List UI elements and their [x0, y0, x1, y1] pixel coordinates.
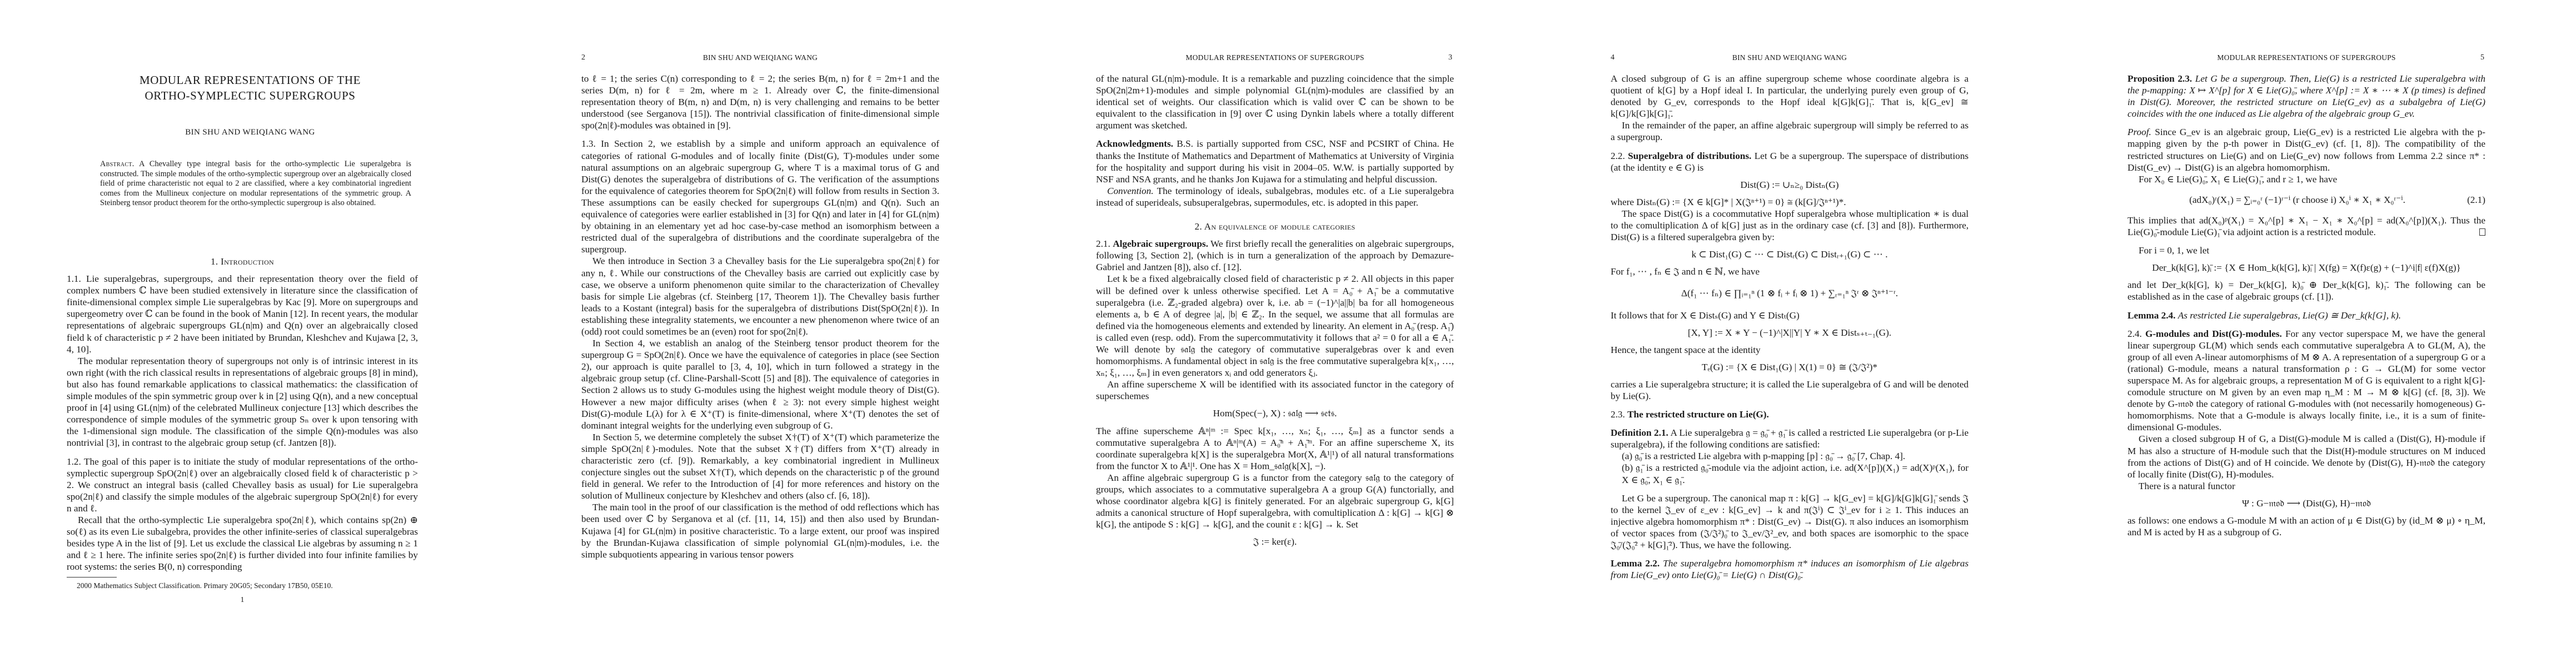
- subsection-number: 2.2.: [1611, 151, 1625, 161]
- page-1-body: 1. Introduction 1.1. Lie superalgebras, …: [67, 256, 418, 606]
- definition-conditions: (a) 𝔤₀̄ is a restricted Lie algebra with…: [1611, 450, 1969, 485]
- subsection-title: Algebraic supergroups.: [1113, 238, 1208, 249]
- paragraph-text: This implies that ad(X₀)ᵖ(X₁) = X₀^[p] ∗…: [2127, 215, 2485, 237]
- subsection-number: 2.1.: [1096, 238, 1110, 249]
- abstract-label: Abstract.: [100, 160, 134, 168]
- paragraph: 1.2. The goal of this paper is to initia…: [67, 456, 418, 514]
- page-number: 3: [1448, 53, 1452, 62]
- paragraph: Recall that the ortho-symplectic Lie sup…: [67, 514, 418, 573]
- running-head: MODULAR REPRESENTATIONS OF SUPERGROUPS: [1096, 53, 1454, 62]
- page-number: 1: [67, 594, 418, 606]
- equation: (adX₀)ʳ(X₁) = ∑ᵢ₌₀ʳ (−1)ʳ⁻ⁱ (r choose i)…: [2127, 194, 2485, 206]
- paragraph: The main tool in the proof of our classi…: [581, 501, 939, 560]
- paragraph: 1.1. Lie superalgebras, supergroups, and…: [67, 273, 418, 355]
- page-2: 2 BIN SHU AND WEIQIANG WANG to ℓ = 1; th…: [515, 0, 1030, 667]
- paragraph: For X₀ ∈ Lie(G)₀̄, X₁ ∈ Lie(G)₁̄, and r …: [2127, 173, 2485, 185]
- subsection-text: For any vector superspace M, we have the…: [2127, 328, 2485, 433]
- lemma: Lemma 2.2. The superalgebra homomorphism…: [1611, 558, 1969, 581]
- equation: k ⊂ Dist₁(G) ⊂ ⋯ ⊂ Distᵣ(G) ⊂ Distᵣ₊₁(G)…: [1611, 248, 1969, 260]
- abstract: Abstract. A Chevalley type integral basi…: [100, 160, 411, 208]
- title-line-1: MODULAR REPRESENTATIONS OF THE: [89, 72, 411, 88]
- section-heading: 2. An equivalence of module categories: [1096, 221, 1454, 232]
- proposition: Proposition 2.3. Let G be a supergroup. …: [2127, 73, 2485, 120]
- subsection-title: G-modules and Dist(G)-modules.: [2145, 328, 2282, 339]
- page-3-body: of the natural GL(n|m)-module. It is a r…: [1096, 73, 1454, 553]
- convention: Convention. The terminology of ideals, s…: [1096, 185, 1454, 208]
- paragraph: For i = 0, 1, we let: [2127, 245, 2485, 256]
- paragraph: to ℓ = 1; the series C(n) corresponding …: [581, 73, 939, 131]
- lemma-text: As restricted Lie superalgebras, Lie(G) …: [2178, 310, 2401, 321]
- proof-text: Since G_ev is an algebraic group, Lie(G_…: [2127, 127, 2485, 172]
- paragraph: The affine superscheme 𝔸ⁿ|ᵐ := Spec k[x₁…: [1096, 425, 1454, 472]
- paragraph: where Distₙ(G) := {X ∈ k[G]* | X(𝔍ⁿ⁺¹) =…: [1611, 196, 1969, 208]
- paragraph: For f₁, ⋯ , fₙ ∈ 𝔍 and n ∈ ℕ, we have: [1611, 266, 1969, 277]
- paragraph: We then introduce in Section 3 a Chevall…: [581, 255, 939, 337]
- paragraph: In the remainder of the paper, an affine…: [1611, 120, 1969, 143]
- lemma-label: Lemma 2.2.: [1611, 558, 1660, 569]
- subsection-title: The restricted structure on Lie(G).: [1627, 409, 1769, 420]
- page-4-body: A closed subgroup of G is an affine supe…: [1611, 73, 1969, 581]
- paragraph: This implies that ad(X₀)ᵖ(X₁) = X₀^[p] ∗…: [2127, 215, 2485, 238]
- subsection-title: Superalgebra of distributions.: [1628, 151, 1751, 161]
- subsection-number: 2.3.: [1611, 409, 1625, 420]
- equation-body: (adX₀)ʳ(X₁) = ∑ᵢ₌₀ʳ (−1)ʳ⁻ⁱ (r choose i)…: [2189, 195, 2405, 205]
- running-head: MODULAR REPRESENTATIONS OF SUPERGROUPS: [2127, 53, 2485, 62]
- paragraph: The modular representation theory of sup…: [67, 355, 418, 449]
- equation-number: (2.1): [2467, 194, 2485, 206]
- paragraph: The space Dist(G) is a cocommutative Hop…: [1611, 208, 1969, 243]
- proposition-label: Proposition 2.3.: [2127, 73, 2192, 84]
- acknowledgments: Acknowledgments. B.S. is partially suppo…: [1096, 138, 1454, 185]
- subsection: 2.3. The restricted structure on Lie(G).: [1611, 409, 1969, 420]
- paragraph: as follows: one endows a G-module M with…: [2127, 515, 2485, 538]
- footnote: 2000 Mathematics Subject Classification.…: [67, 580, 418, 591]
- lemma: Lemma 2.4. As restricted Lie superalgebr…: [2127, 310, 2485, 321]
- paragraph: Let k be a fixed algebraically closed fi…: [1096, 273, 1454, 379]
- page-number: 5: [2480, 53, 2484, 62]
- page-5-body: Proposition 2.3. Let G be a supergroup. …: [2127, 73, 2485, 538]
- paragraph: A closed subgroup of G is an affine supe…: [1611, 73, 1969, 120]
- page-4: 4 BIN SHU AND WEIQIANG WANG A closed sub…: [1546, 0, 2061, 667]
- section-heading: 1. Introduction: [67, 256, 418, 267]
- paragraph: Let G be a supergroup. The canonical map…: [1611, 492, 1969, 551]
- paper-title: MODULAR REPRESENTATIONS OF THE ORTHO-SYM…: [89, 72, 411, 103]
- footnote-rule: [67, 577, 117, 578]
- ack-label: Acknowledgments.: [1096, 138, 1173, 149]
- equation: Ψ : G−𝔪𝔬𝔡 ⟶ (Dist(G), H)−𝔪𝔬𝔡: [2127, 497, 2485, 509]
- lemma-label: Lemma 2.4.: [2127, 310, 2175, 321]
- equation: Hom(Spec(−), X) : 𝔰𝔞𝔩𝔤 ⟶ 𝔰𝔢𝔱𝔰.: [1096, 407, 1454, 419]
- running-head: BIN SHU AND WEIQIANG WANG: [1611, 53, 1969, 62]
- paragraph: carries a Lie superalgebra structure; it…: [1611, 379, 1969, 402]
- equation: Dist(G) := ∪ₙ≥₀ Distₙ(G): [1611, 179, 1969, 191]
- paragraph: An affine algebraic supergroup G is a fu…: [1096, 472, 1454, 530]
- title-line-2: ORTHO-SYMPLECTIC SUPERGROUPS: [89, 88, 411, 103]
- page-3: MODULAR REPRESENTATIONS OF SUPERGROUPS 3…: [1030, 0, 1546, 667]
- running-head: BIN SHU AND WEIQIANG WANG: [581, 53, 939, 62]
- list-item: (b) 𝔤₁̄ is a restricted 𝔤₀̄-module via t…: [1622, 462, 1969, 485]
- subsection: 2.4. G-modules and Dist(G)-modules. For …: [2127, 328, 2485, 434]
- page-1: MODULAR REPRESENTATIONS OF THE ORTHO-SYM…: [0, 0, 515, 667]
- equation: 𝔍 := ker(ε).: [1096, 536, 1454, 547]
- proof: Proof. Since G_ev is an algebraic group,…: [2127, 126, 2485, 173]
- definition-label: Definition 2.1.: [1611, 427, 1668, 438]
- paragraph: Given a closed subgroup H of G, a Dist(G…: [2127, 433, 2485, 480]
- paragraph: of the natural GL(n|m)-module. It is a r…: [1096, 73, 1454, 131]
- authors: BIN SHU AND WEIQIANG WANG: [89, 128, 411, 137]
- paragraph: An affine superscheme X will be identifi…: [1096, 379, 1454, 402]
- paragraph: and let Der_k(k[G], k) = Der_k(k[G], k)₀…: [2127, 279, 2485, 302]
- subsection: 2.2. Superalgebra of distributions. Let …: [1611, 150, 1969, 173]
- equation: Der_k(k[G], k)ᵢ̄ := {X ∈ Hom_k(k[G], k)ᵢ…: [2127, 262, 2485, 273]
- paragraph: There is a natural functor: [2127, 480, 2485, 492]
- paragraph: It follows that for X ∈ Distₛ(G) and Y ∈…: [1611, 310, 1969, 321]
- equation: [X, Y] := X ∗ Y − (−1)^|X||Y| Y ∗ X ∈ Di…: [1611, 327, 1969, 339]
- paragraph: Hence, the tangent space at the identity: [1611, 344, 1969, 356]
- abstract-text: A Chevalley type integral basis for the …: [100, 160, 411, 207]
- subsection: 2.1. Algebraic supergroups. We first bri…: [1096, 238, 1454, 273]
- paragraph: In Section 4, we establish an analog of …: [581, 337, 939, 431]
- lemma-text: The superalgebra homomorphism π* induces…: [1611, 558, 1969, 580]
- list-item: (a) 𝔤₀̄ is a restricted Lie algebra with…: [1622, 450, 1969, 462]
- page-2-body: to ℓ = 1; the series C(n) corresponding …: [581, 73, 939, 560]
- definition: Definition 2.1. A Lie superalgebra 𝔤 = 𝔤…: [1611, 427, 1969, 450]
- equation: Tₑ(G) := {X ∈ Dist₁(G) | X(1) = 0} ≅ (𝔍/…: [1611, 361, 1969, 373]
- proof-label: Proof.: [2127, 127, 2151, 137]
- paragraph: 1.3. In Section 2, we establish by a sim…: [581, 138, 939, 255]
- paragraph: In Section 5, we determine completely th…: [581, 431, 939, 502]
- subsection-number: 2.4.: [2127, 328, 2142, 339]
- page-5: MODULAR REPRESENTATIONS OF SUPERGROUPS 5…: [2061, 0, 2576, 667]
- convention-label: Convention.: [1107, 186, 1154, 196]
- qed-icon: [2479, 228, 2485, 236]
- equation: Δ(f₁ ⋯ fₙ) ∈ ∏ᵢ₌₁ⁿ (1 ⊗ fᵢ + fᵢ ⊗ 1) + ∑…: [1611, 287, 1969, 299]
